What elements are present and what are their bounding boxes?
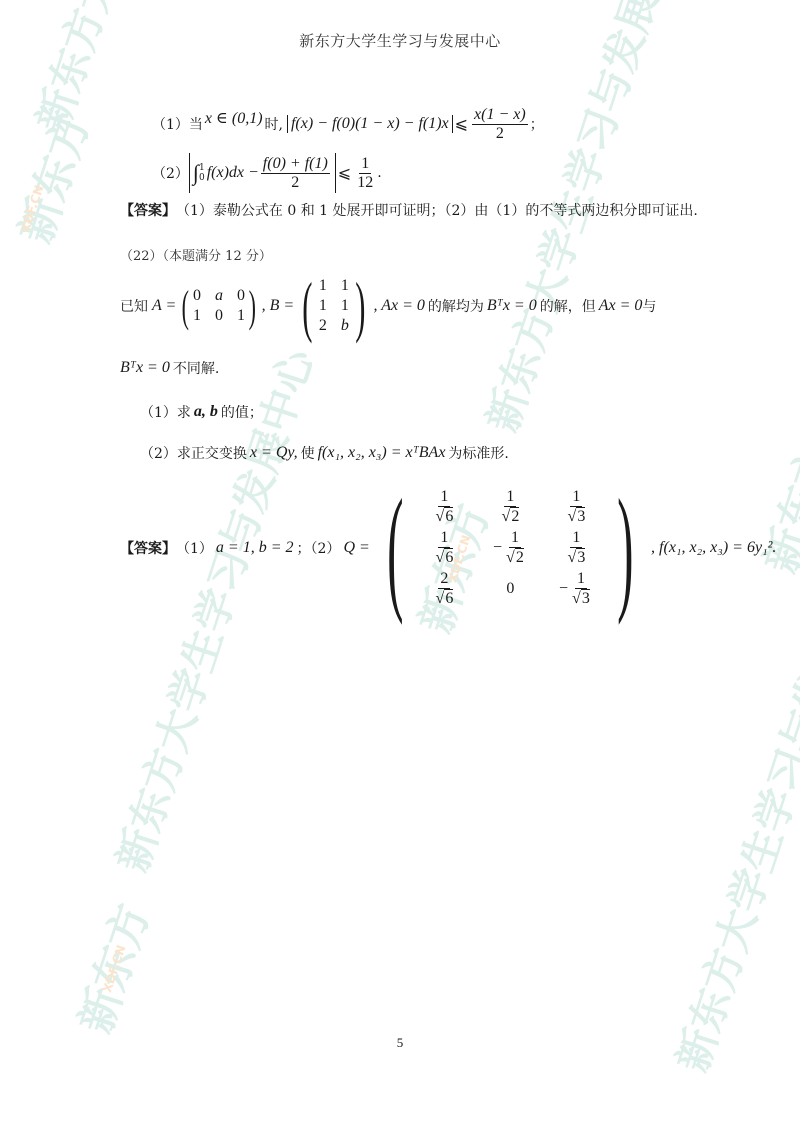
- cell: 1: [341, 276, 349, 296]
- denominator: √6: [434, 548, 456, 568]
- cell: 0: [215, 306, 223, 326]
- denominator: √3: [566, 548, 588, 568]
- text: 的值；: [221, 402, 263, 422]
- document-page: 新东方大学生学习与发展中心 （1） 当 x ∈ (0,1) 时, f(x) − …: [0, 0, 800, 1129]
- result-math: , f(x₁, x₂, x₃) = 6y₁².: [651, 539, 776, 557]
- cell: 1√6: [418, 488, 470, 527]
- matrix-B: ( 1 1 1 1 2 b ): [296, 267, 371, 346]
- text: （2）求正交变换: [140, 443, 247, 463]
- p22-q2: （2）求正交变换 x = Qy, 使 f(x₁, x₂, x₃) = xᵀBAx…: [140, 443, 509, 463]
- matrix-Q-grid: 1√6 1√2 1√3 1√6 −1√2 1√3 2√6 0 −1√3: [418, 488, 602, 609]
- p22-q1: （1）求 a, b 的值；: [140, 402, 263, 422]
- numerator: 2: [438, 570, 450, 589]
- right-paren: ): [618, 468, 634, 629]
- abs-expression: f(x) − f(0)(1 − x) − f(1)x: [287, 115, 453, 133]
- radicand: 3: [581, 589, 590, 607]
- right-paren: ): [355, 267, 365, 346]
- p22-answer: 【答案】 （1） a = 1, b = 2 ；（2） Q = ( 1√6 1√2…: [120, 478, 776, 618]
- answer-tag: 【答案】: [120, 200, 176, 220]
- cell: 0: [484, 570, 536, 609]
- fraction: x(1 − x)2: [472, 106, 528, 143]
- math: f(x₁, x₂, x₃) = xᵀBAx: [318, 444, 446, 462]
- matrix-A-grid: 0 a 0 1 0 1: [193, 286, 245, 326]
- problem-heading: （22）（本题满分 12 分）: [120, 245, 272, 264]
- cell: 1: [319, 276, 327, 296]
- cell: 1: [193, 306, 201, 326]
- cell: −1√2: [484, 529, 536, 568]
- text: 与: [642, 296, 656, 316]
- denominator: 2: [494, 125, 506, 143]
- left-paren: (: [387, 468, 403, 629]
- text: 为标准形.: [448, 443, 508, 463]
- numerator: 1: [509, 529, 521, 548]
- punct: ；: [530, 114, 544, 134]
- cell: 1√3: [550, 529, 602, 568]
- p22-given-line2: Bᵀx = 0 不同解.: [120, 358, 219, 378]
- numerator: 1: [438, 529, 450, 548]
- lower-limit: 0: [199, 173, 205, 183]
- numerator: x(1 − x): [472, 106, 528, 125]
- upper-limit: 1: [199, 163, 205, 173]
- math: x = Qy,: [250, 444, 298, 462]
- cell: −1√3: [550, 570, 602, 609]
- fraction: 112: [355, 155, 375, 192]
- numerator: 1: [575, 570, 587, 589]
- p22-heading: （22）（本题满分 12 分）: [120, 245, 272, 264]
- text: （1）求: [140, 402, 191, 422]
- left-paren: (: [302, 267, 312, 346]
- numerator: 1: [359, 155, 371, 174]
- denominator: √6: [434, 589, 456, 609]
- punct: .: [377, 165, 381, 181]
- cell: b: [341, 316, 349, 336]
- cell: 1√3: [550, 488, 602, 527]
- minus-sign: −: [493, 538, 502, 558]
- text: 当: [189, 114, 203, 134]
- cell: 1: [341, 296, 349, 316]
- math: a, b: [194, 403, 218, 421]
- text: 不同解.: [173, 358, 219, 378]
- radicand: 2: [510, 507, 519, 525]
- denominator: √3: [570, 589, 592, 609]
- text: 的解，但: [540, 296, 596, 316]
- cell: 2√6: [418, 570, 470, 609]
- math: , Ax = 0: [373, 297, 424, 315]
- text: （1）: [176, 538, 213, 558]
- cell: 1√2: [484, 488, 536, 527]
- part-label: （2）: [152, 163, 189, 183]
- cell: 0: [193, 286, 201, 306]
- p22-given: 已知 A = ( 0 a 0 1 0 1 ) , B = ( 1 1 1 1 2…: [120, 270, 656, 342]
- integral-limits: 1 0: [199, 163, 205, 183]
- p21-answer: 【答案】 （1）泰勒公式在 0 和 1 处展开即可证明；（2）由（1）的不等式两…: [120, 200, 698, 220]
- numerator: 1: [438, 488, 450, 507]
- text: 已知: [120, 296, 148, 316]
- answer-tag: 【答案】: [120, 538, 176, 558]
- matrix-A: ( 0 a 0 1 0 1 ): [178, 281, 259, 332]
- radicand: 6: [444, 589, 453, 607]
- numerator: f(0) + f(1): [261, 155, 330, 174]
- right-paren: ): [249, 281, 256, 332]
- denominator: 2: [289, 174, 301, 192]
- matrix-label: A =: [152, 297, 176, 315]
- matrix-Q: ( 1√6 1√2 1√3 1√6 −1√2 1√3 2√6 0 −1√3 ): [372, 468, 649, 629]
- denominator: √6: [434, 507, 456, 527]
- radicand: 2: [515, 548, 524, 566]
- page-header: 新东方大学生学习与发展中心: [0, 30, 800, 51]
- radicand: 3: [576, 548, 585, 566]
- page-number: 5: [0, 1035, 800, 1051]
- text: 的解均为: [428, 296, 484, 316]
- cell: a: [215, 286, 223, 306]
- math: Bᵀx = 0: [120, 359, 170, 377]
- cell: 1: [319, 296, 327, 316]
- leq-symbol: ⩽: [455, 114, 468, 134]
- text: ；（2）: [297, 538, 341, 558]
- answer-text: （1）泰勒公式在 0 和 1 处展开即可证明；（2）由（1）的不等式两边积分即可…: [176, 200, 698, 220]
- denominator: √2: [504, 548, 526, 568]
- minus-sign: −: [559, 579, 568, 599]
- denominator: √3: [566, 507, 588, 527]
- numerator: 1: [570, 488, 582, 507]
- matrix-label: Q =: [343, 539, 369, 557]
- matrix-label: , B =: [262, 297, 295, 315]
- denominator: 12: [355, 174, 375, 192]
- part-label: （1）: [152, 114, 189, 134]
- denominator: √2: [500, 507, 522, 527]
- left-paren: (: [182, 281, 189, 332]
- cell: 1: [237, 306, 245, 326]
- p21-part2: （2） ∫ 1 0 f(x)dx − f(0) + f(1)2 ⩽ 112 .: [152, 150, 382, 196]
- text: 时,: [265, 114, 283, 134]
- cell: 2: [319, 316, 327, 336]
- math: Ax = 0: [599, 297, 643, 315]
- leq-symbol: ⩽: [338, 163, 351, 183]
- matrix-B-grid: 1 1 1 1 2 b: [319, 276, 349, 336]
- condition-math: x ∈ (0,1): [205, 108, 263, 128]
- abs-expression: ∫ 1 0 f(x)dx − f(0) + f(1)2: [189, 153, 336, 193]
- radicand: 6: [444, 507, 453, 525]
- p21-part1: （1） 当 x ∈ (0,1) 时, f(x) − f(0)(1 − x) − …: [152, 100, 544, 148]
- fraction: f(0) + f(1)2: [261, 155, 330, 192]
- cell: 0: [237, 286, 245, 306]
- text: 使: [301, 443, 315, 463]
- math: Bᵀx = 0: [487, 297, 537, 315]
- numerator: 1: [504, 488, 516, 507]
- math: a = 1, b = 2: [216, 539, 294, 557]
- integrand: f(x)dx −: [207, 164, 259, 182]
- radicand: 6: [444, 548, 453, 566]
- cell: 1√6: [418, 529, 470, 568]
- numerator: 1: [570, 529, 582, 548]
- radicand: 3: [576, 507, 585, 525]
